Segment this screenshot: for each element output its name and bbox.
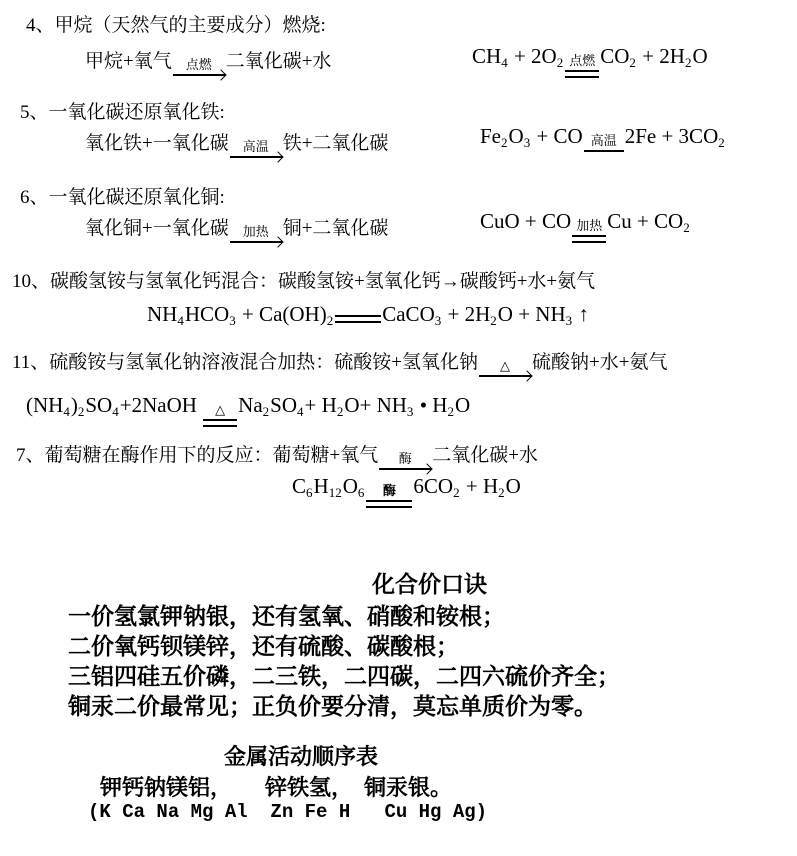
subscript: 3 (407, 404, 414, 419)
condition-arrow-icon: △ (479, 359, 531, 382)
condition-label: 点燃 (183, 58, 215, 74)
formula-text: 二氧化碳+水 (432, 445, 538, 466)
item-6-word-equation: 氧化铜+一氧化碳加热铜+二氧化碳 (85, 213, 388, 248)
equals-line (572, 235, 606, 243)
formula-text: 二氧化碳+水 (226, 51, 332, 72)
arrow-line (230, 156, 282, 158)
condition-label: △ (212, 403, 228, 419)
item-11-heading: 11、硫酸铵与氢氧化钠溶液混合加热：硫酸铵+氢氧化钠△硫酸钠+水+氨气 (12, 347, 667, 382)
formula-text: CO (600, 44, 629, 68)
formula-text: CaCO (382, 302, 435, 326)
formula-text: ) (71, 393, 78, 417)
formula-text: 硫酸钠+水+氨气 (532, 352, 667, 373)
condition-label: 高温 (588, 134, 620, 150)
subscript: 3 (566, 313, 573, 328)
item-7-formula: C6H12O6酶6CO2 + H2O (292, 474, 521, 512)
subscript: 12 (329, 485, 342, 500)
subscript: 2 (683, 220, 690, 235)
formula-text: CuO + CO (480, 209, 571, 233)
item-11-formula: (NH4)2SO4+2NaOH △Na2SO4+ H2O+ NH3 • H2O (26, 393, 470, 431)
subscript: 4 (297, 404, 304, 419)
subscript: 2 (263, 404, 270, 419)
subscript: 2 (685, 55, 692, 70)
condition-label: 高温 (240, 140, 272, 156)
condition-equals-icon: 高温 (584, 134, 624, 158)
formula-text: C (292, 474, 306, 498)
subscript: 3 (435, 313, 442, 328)
formula-text: + 2H (637, 44, 685, 68)
subscript: 2 (498, 485, 505, 500)
subscript: 4 (177, 313, 184, 328)
formula-text: O (506, 474, 521, 498)
formula-text: O + NH (498, 302, 566, 326)
valence-mnemonic-title: 化合价口诀 (372, 566, 487, 599)
formula-text: + H (305, 393, 337, 417)
formula-text: Cu + CO (607, 209, 683, 233)
subscript: 2 (327, 313, 334, 328)
subscript: 2 (453, 485, 460, 500)
formula-text: O+ NH (344, 393, 407, 417)
formula-text: 氧化铜+一氧化碳 (85, 218, 229, 239)
subscript: 6 (358, 485, 365, 500)
subscript: 4 (501, 55, 508, 70)
item-5-word-equation: 氧化铁+一氧化碳高温铁+二氧化碳 (85, 128, 388, 163)
arrow-line (479, 375, 531, 377)
condition-label: 酶 (396, 452, 415, 468)
condition-label: 酶 (380, 484, 399, 500)
formula-text: + CO (531, 124, 583, 148)
formula-text: 氧化铁+一氧化碳 (85, 133, 229, 154)
equals-line (366, 500, 412, 508)
subscript: 3 (524, 135, 531, 150)
formula-text: SO (270, 393, 297, 417)
valence-line-4: 铜汞二价最常见；正负价要分清，莫忘单质价为零。 (68, 688, 597, 721)
formula-text: + Ca(OH) (237, 302, 327, 326)
item-4-formula: CH4 + 2O2点燃CO2 + 2H2O (472, 44, 708, 82)
condition-label: 点燃 (566, 54, 598, 70)
formula-text: 7、葡萄糖在酶作用下的反应：葡萄糖+氧气 (16, 445, 378, 466)
subscript: 2 (629, 55, 636, 70)
formula-text: HCO (185, 302, 229, 326)
formula-text: Na (238, 393, 263, 417)
chemistry-notes-page: 4、甲烷（天然气的主要成分）燃烧: 甲烷+氧气点燃二氧化碳+水 CH4 + 2O… (0, 0, 797, 856)
formula-text: ↑ (573, 302, 589, 326)
item-5-heading: 5、一氧化碳还原氧化铁: (20, 97, 225, 124)
condition-equals-icon (335, 315, 381, 327)
metal-series-chinese: 钾钙钠镁铝， 锌铁氢， 铜汞银。 (100, 771, 452, 802)
formula-text: O (692, 44, 707, 68)
formula-text: 甲烷+氧气 (85, 51, 172, 72)
equals-line (565, 70, 599, 78)
condition-arrow-icon: 点燃 (173, 58, 225, 81)
condition-equals-icon: 加热 (572, 219, 606, 247)
equals-line (335, 315, 381, 323)
item-7-heading: 7、葡萄糖在酶作用下的反应：葡萄糖+氧气酶二氧化碳+水 (16, 440, 538, 475)
subscript: 2 (78, 404, 85, 419)
formula-text: Fe (480, 124, 501, 148)
subscript: 6 (306, 485, 313, 500)
subscript: 2 (501, 135, 508, 150)
equals-line (203, 419, 237, 427)
subscript: 2 (447, 404, 454, 419)
item-6-heading: 6、一氧化碳还原氧化铜: (20, 182, 225, 209)
condition-arrow-icon: 酶 (379, 452, 431, 475)
subscript: 3 (229, 313, 236, 328)
subscript: 2 (490, 313, 497, 328)
formula-text: 铜+二氧化碳 (283, 218, 389, 239)
metal-series-symbols: (K Ca Na Mg Al Zn Fe H Cu Hg Ag) (88, 801, 487, 823)
formula-text: 11、硫酸铵与氢氧化钠溶液混合加热：硫酸铵+氢氧化钠 (12, 352, 478, 373)
formula-text: O (509, 124, 524, 148)
formula-text: 铁+二氧化碳 (283, 133, 389, 154)
condition-label: 加热 (573, 219, 605, 235)
subscript: 4 (63, 404, 70, 419)
condition-equals-icon: 酶 (366, 484, 412, 512)
item-5-formula: Fe2O3 + CO高温2Fe + 3CO2 (480, 124, 726, 158)
formula-text: SO (85, 393, 112, 417)
arrow-line (230, 241, 282, 243)
formula-text: + 2O (509, 44, 557, 68)
arrow-line (173, 74, 225, 76)
item-6-formula: CuO + CO加热Cu + CO2 (480, 209, 691, 247)
condition-label: △ (497, 359, 513, 375)
formula-text: • H (414, 393, 447, 417)
arrow-line (379, 468, 431, 470)
condition-arrow-icon: 加热 (230, 225, 282, 248)
equals-line (584, 150, 624, 152)
formula-text: O (343, 474, 358, 498)
formula-text: CH (472, 44, 501, 68)
valence-line-3: 三铝四硅五价磷，二三铁，二四碳，二四六硫价齐全； (68, 658, 620, 691)
formula-text: O (455, 393, 470, 417)
valence-line-2: 二价氧钙钡镁锌，还有硫酸、碳酸根； (68, 628, 459, 661)
valence-line-1: 一价氢氯钾钠银，还有氢氧、硝酸和铵根； (68, 598, 505, 631)
formula-text: +2NaOH (120, 393, 202, 417)
subscript: 2 (718, 135, 725, 150)
formula-text: + H (461, 474, 499, 498)
condition-label: 加热 (240, 225, 272, 241)
formula-text: (NH (26, 393, 63, 417)
condition-equals-icon: 点燃 (565, 54, 599, 82)
formula-text: H (314, 474, 329, 498)
metal-series-title: 金属活动顺序表 (224, 740, 378, 771)
condition-equals-icon: △ (203, 403, 237, 431)
item-4-word-equation: 甲烷+氧气点燃二氧化碳+水 (85, 46, 331, 81)
formula-text: + 2H (442, 302, 490, 326)
condition-arrow-icon: 高温 (230, 140, 282, 163)
subscript: 2 (557, 55, 564, 70)
item-4-heading: 4、甲烷（天然气的主要成分）燃烧: (26, 10, 326, 37)
subscript: 2 (337, 404, 344, 419)
formula-text: 2Fe + 3CO (625, 124, 719, 148)
formula-text: 6CO (413, 474, 453, 498)
item-10-formula: NH4HCO3 + Ca(OH)2CaCO3 + 2H2O + NH3 ↑ (147, 302, 589, 327)
formula-text: NH (147, 302, 177, 326)
item-10-heading: 10、碳酸氢铵与氢氧化钙混合：碳酸氢铵+氢氧化钙→碳酸钙+水+氨气 (12, 266, 595, 293)
subscript: 4 (112, 404, 119, 419)
